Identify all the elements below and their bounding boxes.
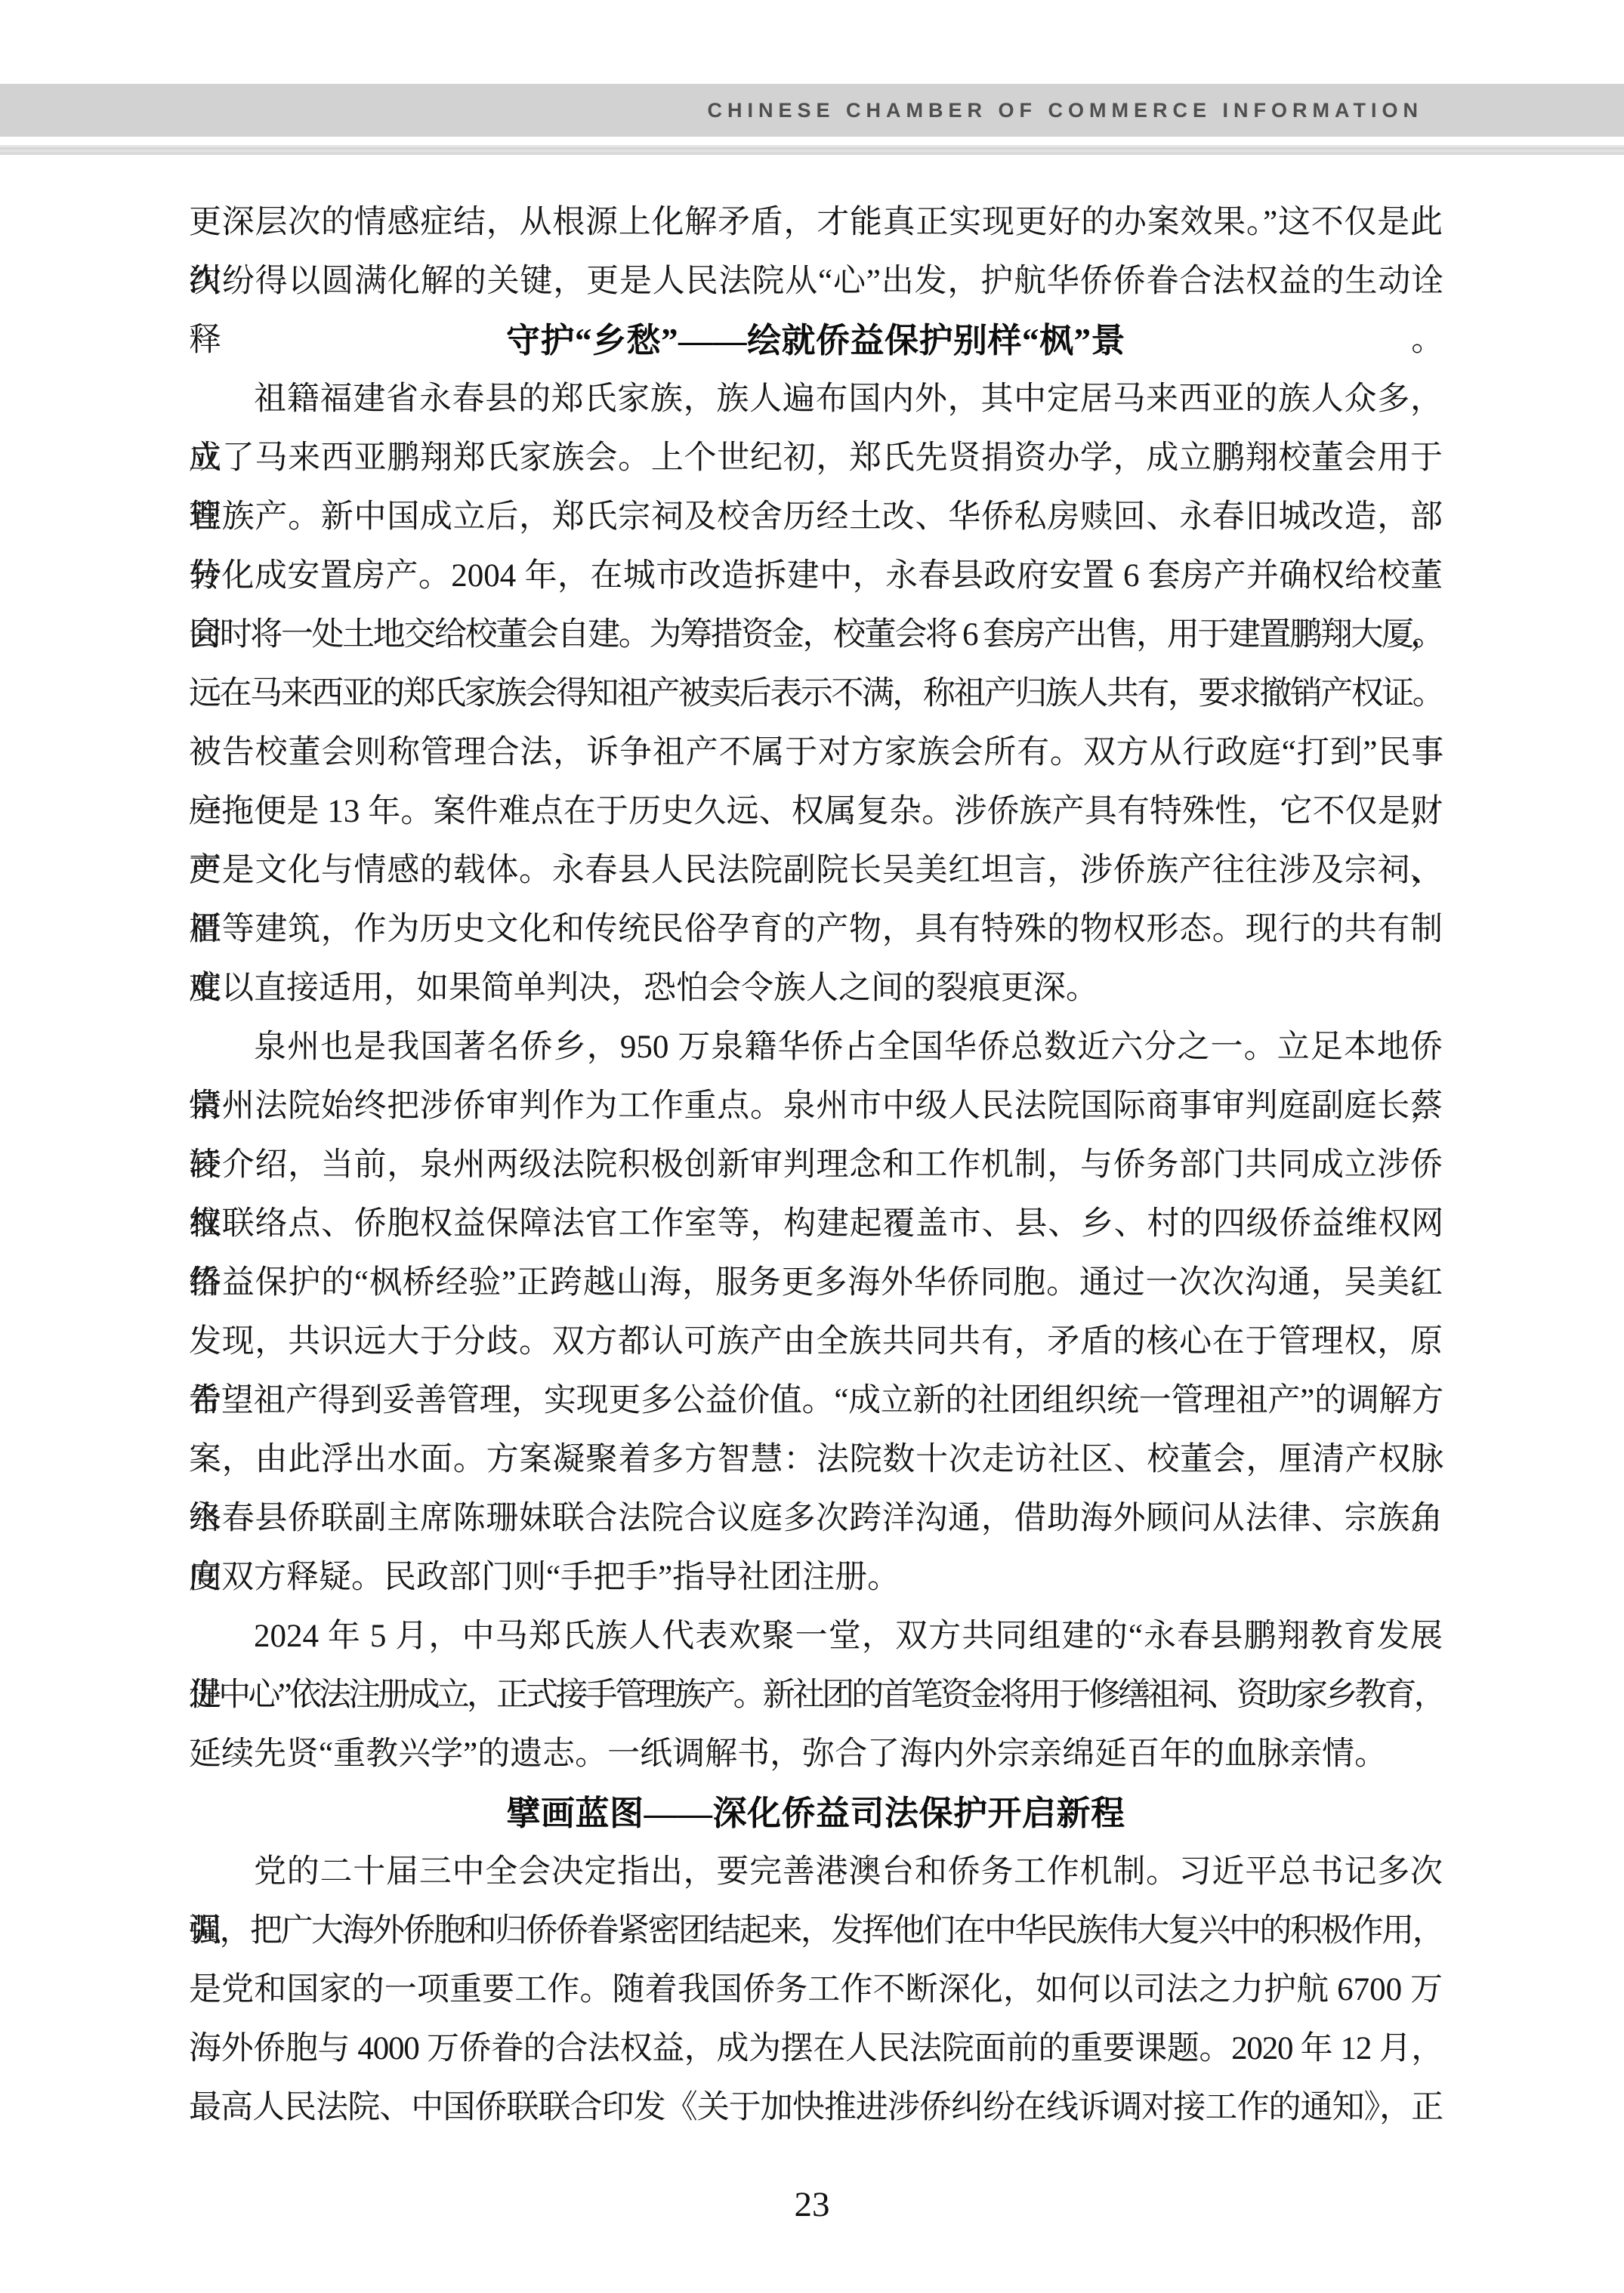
text-line: 远在马来西亚的郑氏家族会得知祖产被卖后表示不满，称祖产归族人共有，要求撤销产权证… (189, 665, 1443, 724)
text-line: 立了马来西亚鹏翔郑氏家族会。上个世纪初，郑氏先贤捐资办学，成立鹏翔校董会用于管 (189, 429, 1443, 488)
text-line: 海外侨胞与 4000 万侨眷的合法权益，成为摆在人民法院面前的重要课题。2020… (189, 2020, 1443, 2079)
text-line: 进中心”依法注册成立，正式接手管理族产。新社团的首笔资金将用于修缮祖祠、资助家乡… (189, 1666, 1443, 1725)
page-number: 23 (0, 2184, 1624, 2225)
section-heading: 擘画蓝图——深化侨益司法保护开启新程 (189, 1784, 1443, 1843)
text-line: 同时将一处土地交给校董会自建。为筹措资金，校董会将 6 套房产出售，用于建置鹏翔… (189, 606, 1443, 665)
text-line: 侨益保护的“枫桥经验”正跨越山海，服务更多海外华侨同胞。通过一次次沟通，吴美红 (189, 1254, 1443, 1313)
text-line: 纠纷得以圆满化解的关键，更是人民法院从“心”出发，护航华侨侨眷合法权益的生动诠释… (189, 252, 1443, 311)
text-line: 希望祖产得到妥善管理，实现更多公益价值。“成立新的社团组织统一管理祖产”的调解方 (189, 1372, 1443, 1430)
text-line: 厝等建筑，作为历史文化和传统民俗孕育的产物，具有特殊的物权形态。现行的共有制度 (189, 900, 1443, 959)
text-line: 难以直接适用，如果简单判决，恐怕会令族人之间的裂痕更深。 (189, 959, 1443, 1018)
header-stripe (0, 145, 1624, 155)
text-line: 转化成安置房产。2004 年，在城市改造拆建中，永春县政府安置 6 套房产并确权… (189, 547, 1443, 606)
text-line: 一拖便是 13 年。案件难点在于历史久远、权属复杂。涉侨族产具有特殊性，它不仅是… (189, 782, 1443, 841)
text-line: 永春县侨联副主席陈珊妹联合法院合议庭多次跨洋沟通，借助海外顾问从法律、宗族角度 (189, 1489, 1443, 1548)
text-line: 被告校董会则称管理合法，诉争祖产不属于对方家族会所有。双方从行政庭“打到”民事庭… (189, 724, 1443, 782)
text-line: 理族产。新中国成立后，郑氏宗祠及校舍历经土改、华侨私房赎回、永春旧城改造，部分 (189, 488, 1443, 547)
text-line: 2024 年 5 月，中马郑氏族人代表欢聚一堂，双方共同组建的“永春县鹏翔教育发… (189, 1607, 1443, 1666)
text-line: 是党和国家的一项重要工作。随着我国侨务工作不断深化，如何以司法之力护航 6700… (189, 1961, 1443, 2020)
text-line: 调，把广大海外侨胞和归侨侨眷紧密团结起来，发挥他们在中华民族伟大复兴中的积极作用… (189, 1902, 1443, 1961)
text-line: 更深层次的情感症结，从根源上化解矛盾，才能真正实现更好的办案效果。”这不仅是此次 (189, 193, 1443, 252)
article-body: 更深层次的情感症结，从根源上化解矛盾，才能真正实现更好的办案效果。”这不仅是此次… (189, 193, 1443, 2137)
text-line: 权联络点、侨胞权益保障法官工作室等，构建起覆盖市、县、乡、村的四级侨益维权网络。 (189, 1195, 1443, 1254)
text-line: 案，由此浮出水面。方案凝聚着多方智慧：法院数十次走访社区、校董会，厘清产权脉络。 (189, 1430, 1443, 1489)
text-line: 发现，共识远大于分歧。双方都认可族产由全族共同共有，矛盾的核心在于管理权，原告 (189, 1313, 1443, 1372)
document-page: CHINESE CHAMBER OF COMMERCE INFORMATION … (0, 0, 1624, 2293)
text-line: 延续先贤“重教兴学”的遗志。一纸调解书，弥合了海内外宗亲绵延百年的血脉亲情。 (189, 1725, 1443, 1784)
text-line: 最高人民法院、中国侨联联合印发《关于加快推进涉侨纠纷在线诉调对接工作的通知》，正 (189, 2079, 1443, 2137)
header-title: CHINESE CHAMBER OF COMMERCE INFORMATION (708, 99, 1424, 122)
text-line: 祖籍福建省永春县的郑氏家族，族人遍布国内外，其中定居马来西亚的族人众多，成 (189, 370, 1443, 429)
text-line: 向双方释疑。民政部门则“手把手”指导社团注册。 (189, 1548, 1443, 1607)
text-line: 党的二十届三中全会决定指出，要完善港澳台和侨务工作机制。习近平总书记多次强 (189, 1843, 1443, 1902)
text-line: 轩介绍，当前，泉州两级法院积极创新审判理念和工作机制，与侨务部门共同成立涉侨维 (189, 1136, 1443, 1195)
text-line: 泉州也是我国著名侨乡，950 万泉籍华侨占全国华侨总数近六分之一。立足本地侨情， (189, 1018, 1443, 1077)
header-bar: CHINESE CHAMBER OF COMMERCE INFORMATION (0, 84, 1624, 137)
text-line: 更是文化与情感的载体。永春县人民法院副院长吴美红坦言，涉侨族产往往涉及宗祠、祖 (189, 841, 1443, 900)
text-line: 泉州法院始终把涉侨审判作为工作重点。泉州市中级人民法院国际商事审判庭副庭长蔡凌 (189, 1077, 1443, 1136)
